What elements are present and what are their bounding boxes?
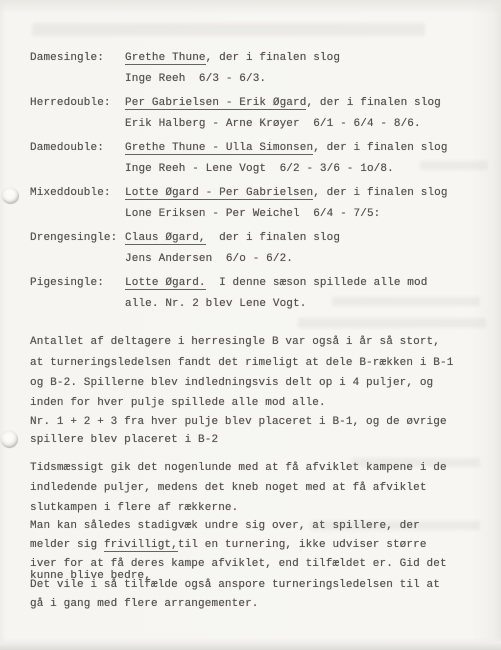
winner-name: Lotte Øgard - Per Gabrielsen (125, 187, 313, 200)
result-label: Damedouble: (30, 142, 104, 155)
result-line1-rest: , der i finalen slog (306, 97, 440, 109)
winner-name: Lotte Øgard. (125, 277, 206, 290)
result-line1: Lotte Øgard. I denne sæson spillede alle… (125, 277, 427, 290)
result-line1-rest: , der i finalen slog (313, 142, 447, 154)
result-line1-rest: I denne sæson spillede alle mod (206, 277, 428, 289)
result-line1: Grethe Thune, der i finalen slog (125, 52, 340, 65)
result-line1-rest: , der i finalen slog (206, 52, 340, 64)
winner-name: Grethe Thune - Ulla Simonsen (125, 142, 313, 155)
result-line2: Inge Reeh 6/3 - 6/3. (125, 73, 266, 86)
result-line2: Erik Halberg - Arne Krøyer 6/1 - 6/4 - 8… (125, 118, 421, 131)
winner-name: Per Gabrielsen - Erik Øgard (125, 97, 306, 110)
result-label: Drengesingle: (30, 232, 117, 245)
result-line2: alle. Nr. 2 blev Lene Vogt. (125, 298, 306, 311)
underlined-word: frivilligt, (104, 539, 178, 552)
text-line: spillere blev placeret i B-2 (30, 434, 218, 447)
result-label: Herredouble: (30, 97, 111, 110)
result-line1: Per Gabrielsen - Erik Øgard, der i final… (125, 97, 441, 110)
result-line2: Lone Eriksen - Per Weichel 6/4 - 7/5: (125, 208, 380, 221)
text-line: inden for hver pulje spillede alle mod a… (30, 397, 326, 410)
ghost-text-smudge (332, 297, 480, 306)
text-line: Tidsmæssigt gik det nogenlunde med at få… (30, 462, 447, 475)
result-label: Pigesingle: (30, 277, 104, 290)
scanned-document-page: Damesingle: Grethe Thune, der i finalen … (0, 0, 501, 650)
text-line: gå i gang med flere arrangementer. (30, 598, 259, 611)
result-line1: Grethe Thune - Ulla Simonsen, der i fina… (125, 142, 448, 155)
ghost-text-smudge (420, 161, 488, 170)
winner-name: Claus Øgard, (125, 232, 206, 245)
text-line: og B-2. Spillerne blev indledningsvis de… (30, 377, 433, 390)
text-line: slutkampen i flere af rækkerne. (30, 502, 238, 515)
text-segment: melder sig (30, 539, 104, 551)
text-line: Man kan således stadigvæk undre sig over… (30, 520, 420, 533)
result-line1-rest: der i finalen slog (206, 232, 340, 244)
text-line: Antallet af deltagere i herresingle B va… (30, 336, 440, 349)
result-line2: Jens Andersen 6/o - 6/2. (125, 253, 293, 266)
text-line: indledende puljer, medens det kneb noget… (30, 482, 427, 495)
ghost-text-smudge (32, 23, 425, 36)
text-line: Det vile i så tilfælde også anspore turn… (30, 579, 440, 592)
result-line1: Claus Øgard, der i finalen slog (125, 232, 340, 245)
text-line: Nr. 1 + 2 + 3 fra hver pulje blev placer… (30, 416, 447, 429)
text-line: at turneringsledelsen fandt det rimeligt… (30, 357, 453, 370)
result-line2: Inge Reeh - Lene Vogt 6/2 - 3/6 - 1o/8. (125, 163, 394, 176)
text-line: melder sig frivilligt,til en turnering, … (30, 539, 427, 552)
result-line1: Lotte Øgard - Per Gabrielsen, der i fina… (125, 187, 448, 200)
result-label: Damesingle: (30, 52, 104, 65)
result-label: Mixeddouble: (30, 187, 111, 200)
punch-hole (1, 431, 18, 448)
ghost-text-smudge (298, 318, 486, 328)
punch-hole (2, 188, 19, 204)
result-line1-rest: , der i finalen slog (313, 187, 447, 199)
text-segment: til en turnering, ikke udviser større (178, 539, 427, 551)
winner-name: Grethe Thune (125, 52, 206, 65)
